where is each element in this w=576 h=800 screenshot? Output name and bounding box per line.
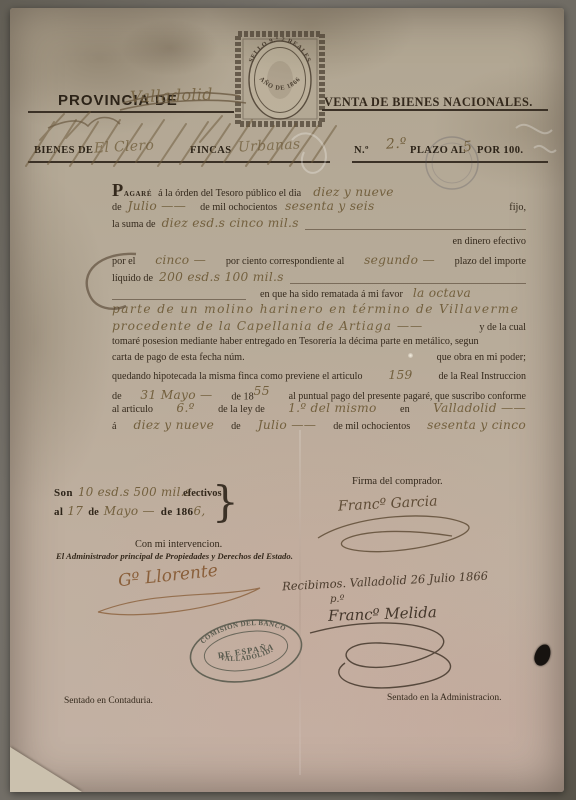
strike-through-valladolid (120, 93, 246, 110)
large-c-flourish (87, 254, 136, 309)
hatch-strokes (26, 112, 336, 166)
scanned-document-page: SELLO 9.º 2 REALES AÑO DE 1866 PROVINCIA… (0, 0, 576, 800)
fold-crease (299, 430, 301, 775)
pen-scribbles-overlay (0, 0, 576, 800)
torn-corner (10, 747, 82, 792)
paper-fleck (408, 353, 413, 358)
faint-postmark-circle (426, 137, 478, 189)
